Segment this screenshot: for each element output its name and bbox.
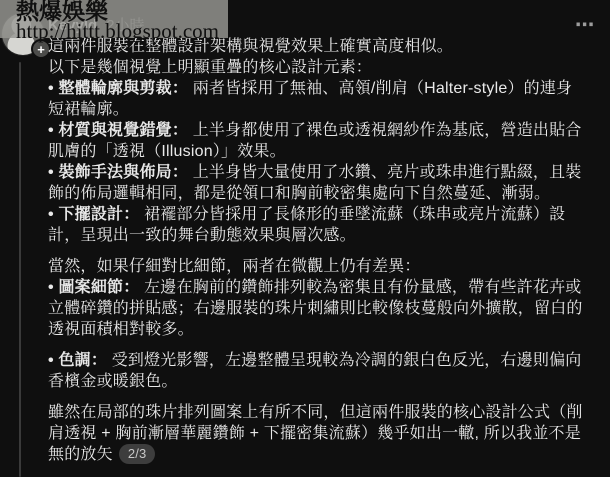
bullet-label: • 整體輪廓與剪裁： bbox=[48, 80, 188, 97]
post-screen: + Kevyld 2小時 ⋯ 這兩件服裝在整體設計架構與視覺效果上確實高度相似。… bbox=[0, 0, 610, 477]
ellipsis-icon: ⋯ bbox=[575, 14, 595, 37]
post-bullet-pattern: • 圖案細節： 左邊在胸前的鑽飾排列較為密集且有份量感，帶有些許花卉或立體碎鑽的… bbox=[48, 277, 586, 340]
paragraph-text: 當然，如果仔細對比細節，兩者在微觀上仍有差異： bbox=[48, 258, 421, 275]
paragraph-text: 這兩件服裝在整體設計架構與視覺效果上確實高度相似。 bbox=[48, 38, 453, 55]
bullet-text: 受到燈光影響，左邊整體呈現較為冷調的銀白色反光，右邊則偏向香檳金或暖銀色。 bbox=[48, 352, 582, 390]
bullet-label: • 下擺設計： bbox=[48, 206, 139, 223]
thread-line bbox=[19, 62, 21, 477]
username[interactable]: Kevyld bbox=[48, 17, 97, 34]
bullet-label: • 裝飾手法與佈局： bbox=[48, 164, 188, 181]
post-body: 這兩件服裝在整體設計架構與視覺效果上確實高度相似。 以下是幾個視覺上明顯重疊的核… bbox=[48, 36, 586, 465]
timestamp: 2小時 bbox=[106, 14, 144, 35]
post-paragraph-conclusion: 雖然在局部的珠片排列圖案上有所不同，但這兩件服裝的核心設計公式（削肩透視 + 胸… bbox=[48, 402, 586, 465]
post-paragraph: 這兩件服裝在整體設計架構與視覺效果上確實高度相似。 bbox=[48, 36, 586, 57]
post-paragraph: 以下是幾個視覺上明顯重疊的核心設計元素： bbox=[48, 57, 586, 78]
bullet-label: • 圖案細節： bbox=[48, 279, 139, 296]
bullet-label: • 色調： bbox=[48, 352, 107, 369]
paragraph-text: 以下是幾個視覺上明顯重疊的核心設計元素： bbox=[48, 59, 372, 76]
plus-icon: + bbox=[37, 43, 45, 56]
bullet-label: • 材質與視覺錯覺： bbox=[48, 122, 188, 139]
more-options-button[interactable]: ⋯ bbox=[570, 12, 600, 38]
post-bullet-decoration: • 裝飾手法與佈局： 上半身皆大量使用了水鑽、亮片或珠串進行點綴，且裝飾的佈局邏… bbox=[48, 162, 586, 204]
post-paragraph: 當然，如果仔細對比細節，兩者在微觀上仍有差異： bbox=[48, 256, 586, 277]
page-indicator-badge: 2/3 bbox=[119, 444, 156, 464]
post-header: Kevyld 2小時 bbox=[48, 14, 145, 35]
post-bullet-silhouette: • 整體輪廓與剪裁： 兩者皆採用了無袖、高領/削肩（Halter-style）的… bbox=[48, 78, 586, 120]
post-bullet-material: • 材質與視覺錯覺： 上半身都使用了裸色或透視網紗作為基底，營造出貼合肌膚的「透… bbox=[48, 120, 586, 162]
post-bullet-tone: • 色調： 受到燈光影響，左邊整體呈現較為冷調的銀白色反光，右邊則偏向香檳金或暖… bbox=[48, 350, 586, 392]
post-bullet-hem: • 下擺設計： 裙襬部分皆採用了長條形的垂墜流蘇（珠串或亮片流蘇）設計，呈現出一… bbox=[48, 204, 586, 246]
